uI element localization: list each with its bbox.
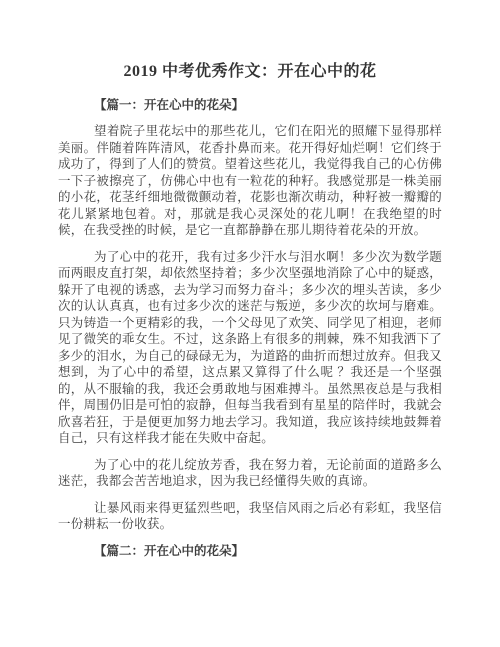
section-1-paragraph-1: 望着院子里花坛中的那些花儿，它们在阳光的照耀下显得那样美丽。伴随着阵阵清风，花香… <box>58 123 442 239</box>
section-1-paragraph-3: 为了心中的花儿绽放芳香，我在努力着，无论前面的道路多么迷茫，我都会苦苦地追求，因… <box>58 457 442 490</box>
section-1-heading: 【篇一：开在心中的花朵】 <box>94 97 442 114</box>
section-2-heading: 【篇二：开在心中的花朵】 <box>94 543 442 560</box>
section-1-paragraph-2: 为了心中的花开，我有过多少汗水与泪水啊！多少次为数学题而两眼皮直打架，却依然坚持… <box>58 249 442 447</box>
document-page: 2019 中考优秀作文：开在心中的花 【篇一：开在心中的花朵】 望着院子里花坛中… <box>0 0 500 647</box>
section-1-paragraph-4: 让暴风雨来得更猛烈些吧，我坚信风雨之后必有彩虹，我坚信一份耕耘一份收获。 <box>58 500 442 533</box>
document-title: 2019 中考优秀作文：开在心中的花 <box>58 61 442 83</box>
